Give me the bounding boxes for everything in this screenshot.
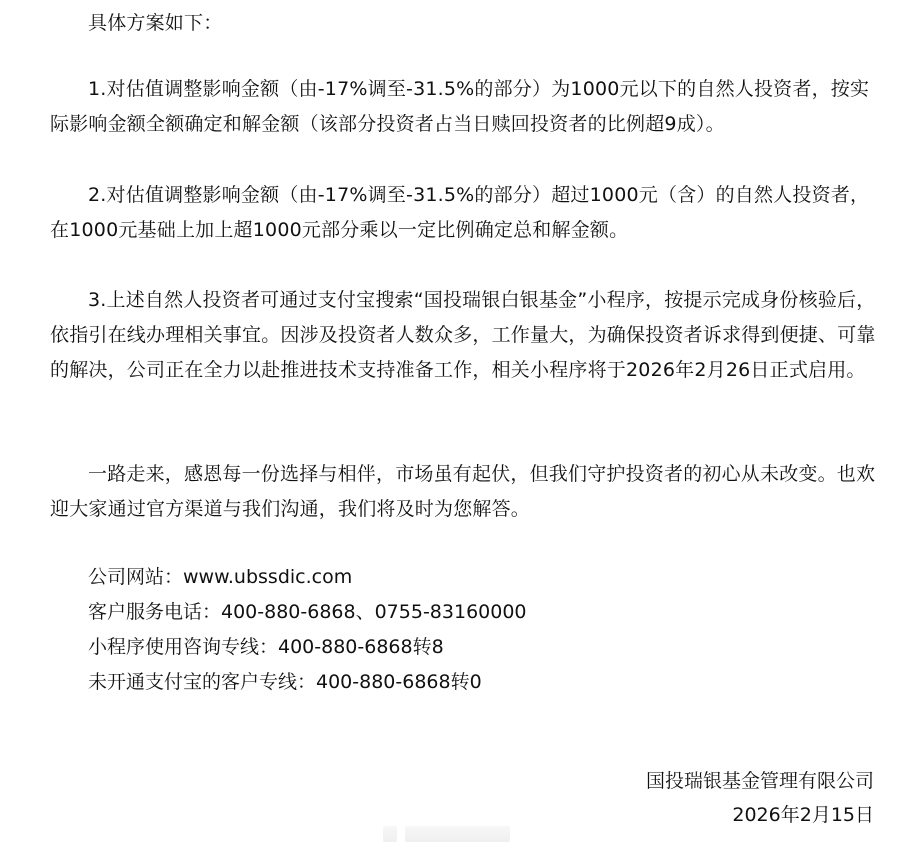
contact-service-phone: 客户服务电话：400-880-6868、0755-83160000 xyxy=(88,595,527,630)
document-page: 具体方案如下： 1.对估值调整影响金额（由-17%调至-31.5%的部分）为10… xyxy=(0,0,911,852)
section-heading: 具体方案如下： xyxy=(50,6,880,41)
contact-list: 公司网站：www.ubssdic.com 客户服务电话：400-880-6868… xyxy=(88,560,527,700)
watermark-logo-icon xyxy=(383,826,397,842)
plan-item-2: 2.对估值调整影响金额（由-17%调至-31.5%的部分）超过1000元（含）的… xyxy=(50,178,880,248)
signature-company: 国投瑞银基金管理有限公司 xyxy=(646,766,874,793)
contact-website: 公司网站：www.ubssdic.com xyxy=(88,560,527,595)
watermark-text-block xyxy=(405,826,510,842)
signature-date: 2026年2月15日 xyxy=(732,800,874,827)
contact-miniprogram-line: 小程序使用咨询专线：400-880-6868转8 xyxy=(88,630,527,665)
closing-paragraph: 一路走来，感恩每一份选择与相伴，市场虽有起伏，但我们守护投资者的初心从未改变。也… xyxy=(50,457,880,527)
watermark xyxy=(383,826,518,842)
plan-item-1: 1.对估值调整影响金额（由-17%调至-31.5%的部分）为1000元以下的自然… xyxy=(50,72,880,142)
plan-item-3: 3.上述自然人投资者可通过支付宝搜索“国投瑞银白银基金”小程序，按提示完成身份核… xyxy=(50,283,880,388)
contact-no-alipay-line: 未开通支付宝的客户专线：400-880-6868转0 xyxy=(88,665,527,700)
